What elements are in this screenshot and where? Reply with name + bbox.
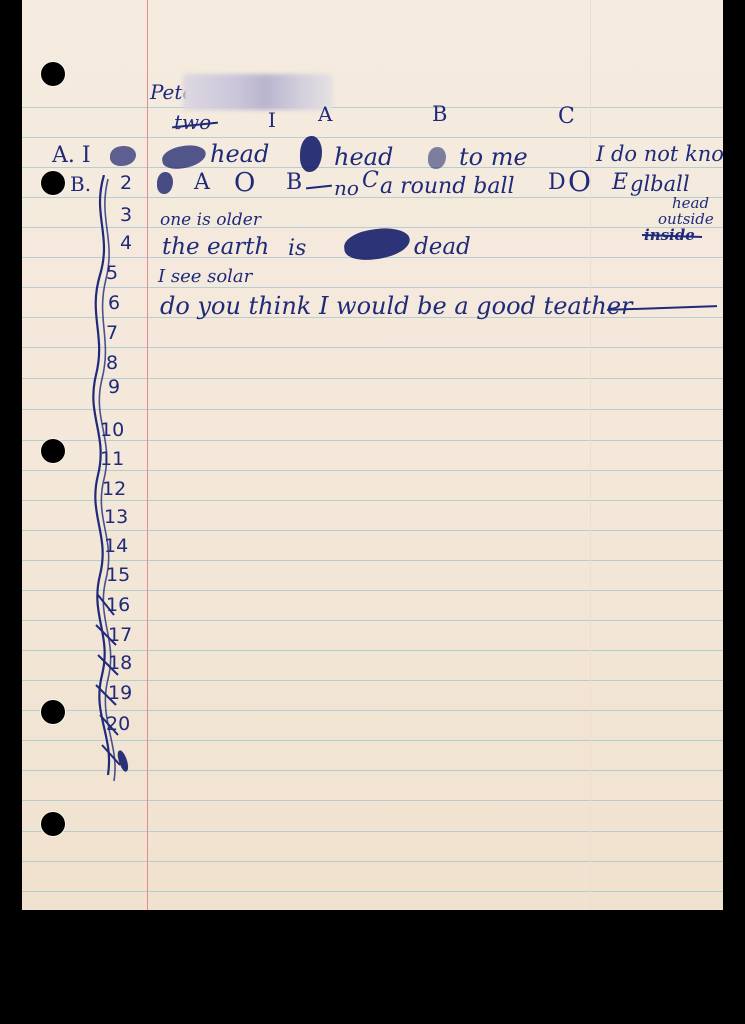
ruled-line [22,740,723,741]
binder-hole [41,171,65,195]
column-label-C: C [558,106,575,128]
ruled-line [22,470,723,471]
ruled-line [22,137,723,138]
answer-A: A [194,172,210,194]
answer-do-not-know: I do not know [596,144,723,165]
column-label-I: I [268,110,276,130]
answer-D: D [548,172,566,194]
answer-round-ball: a round ball [380,176,515,198]
scribbled-out-letter [157,172,173,194]
answer-head-2: head [334,145,393,169]
strikethrough [306,185,332,190]
ruled-line [22,800,723,801]
note-outside: outside [658,212,714,227]
ruled-line [22,831,723,832]
answer-circle-O-2: O [568,168,591,196]
notebook-paper: Pete two I A B C A. I head head to me I … [22,0,723,910]
scribbled-out-mark [110,146,136,166]
faint-vertical-line [590,0,591,910]
ruled-line [22,650,723,651]
answer-4-part2: is [288,238,306,260]
ruled-line [22,500,723,501]
answer-circle-O: O [234,170,255,196]
answer-head-1: head [210,142,269,166]
answer-E: E [612,172,628,194]
ruled-line [22,409,723,410]
ruled-line [22,440,723,441]
note-head: head [672,196,709,211]
answer-globe: glball [630,174,690,195]
ruled-line [22,197,723,198]
answer-B: B [286,172,302,194]
column-label-B: B [432,104,447,125]
answer-C: C [362,170,379,192]
bracket-scribble [84,175,124,785]
column-label-A: A [318,104,332,124]
ruled-line [22,378,723,379]
answer-4-part1: the earth [162,236,269,259]
answer-no: no [334,178,359,198]
answer-5: I see solar [158,268,252,286]
answer-to-me: to me [459,145,528,169]
binder-hole [41,812,65,836]
binder-hole [41,439,65,463]
ruled-line [22,227,723,228]
ruled-line [22,620,723,621]
ruled-line [22,107,723,108]
ruled-line [22,891,723,892]
answer-4-part3: dead [414,236,471,259]
ruled-line [22,287,723,288]
ruled-line [22,590,723,591]
ruled-line [22,680,723,681]
redacted-surname [183,74,333,110]
row-prefix-A-I: A. I [52,145,91,167]
ruled-line [22,710,723,711]
answer-6: do you think I would be a good teather [160,294,633,318]
ruled-line [22,530,723,531]
binder-hole [41,62,65,86]
margin-line [147,0,148,910]
circled-letter-B [428,147,446,169]
binder-hole [41,700,65,724]
ruled-line [22,861,723,862]
ruled-line [22,560,723,561]
answer-3: one is older [160,212,261,229]
ruled-line [22,347,723,348]
